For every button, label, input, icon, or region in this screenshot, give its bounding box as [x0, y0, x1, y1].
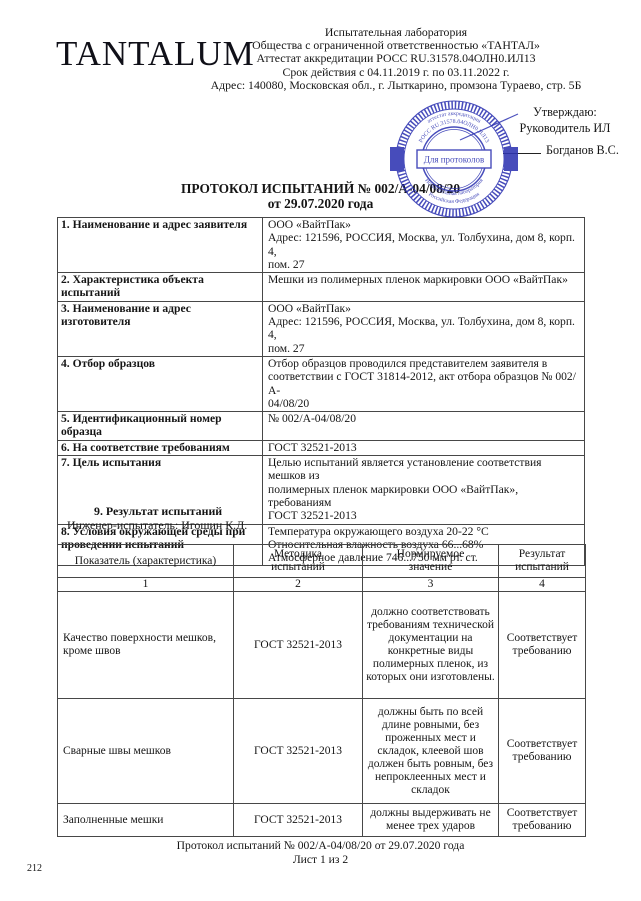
stamp-left-block	[390, 147, 404, 171]
result-norm-2: должны быть по всей длине ровными, без п…	[363, 699, 499, 804]
signature-row: Богданов В.С.	[503, 143, 619, 158]
footer-sheet-line: Лист 1 из 2	[0, 853, 641, 867]
results-col-number-3: 3	[363, 578, 499, 592]
stamp-center-text: Для протоколов	[424, 155, 485, 165]
protocol-document-page: TANTALUM Испытательная лаборатория Общес…	[0, 0, 641, 901]
info-row-1: 1. Наименование и адрес заявителя ООО «В…	[58, 218, 585, 273]
result-indicator-1: Качество поверхности мешков, кроме швов	[58, 592, 234, 699]
results-row-2: Сварные швы мешков ГОСТ 32521-2013 должн…	[58, 699, 586, 804]
stamp-inner-circle-2	[425, 130, 484, 189]
info-row-2: 2. Характеристика объекта испытаний Мешк…	[58, 273, 585, 302]
info-row-4: 4. Отбор образцов Отбор образцов проводи…	[58, 356, 585, 411]
results-table: Показатель (характеристика) Методика исп…	[57, 544, 586, 837]
info-row-6: 6. На соответствие требованиям ГОСТ 3252…	[58, 440, 585, 455]
result-method-2: ГОСТ 32521-2013	[234, 699, 363, 804]
svg-text:аттестат аккредитации: аттестат аккредитации	[426, 111, 481, 125]
approver-name: Богданов В.С.	[546, 143, 619, 157]
info-label-6: 6. На соответствие требованиям	[58, 440, 263, 455]
signature-line	[503, 153, 541, 154]
info-value-1: ООО «ВайтПак» Адрес: 121596, РОССИЯ, Мос…	[263, 218, 585, 273]
info-value-5: № 002/А-04/08/20	[263, 412, 585, 441]
approver-role: Руководитель ИЛ	[509, 120, 621, 136]
info-row-5: 5. Идентификационный номер образца № 002…	[58, 412, 585, 441]
lab-info-line-3: Аттестат аккредитации РОСС RU.31578.04ОЛ…	[204, 52, 588, 65]
info-row-3: 3. Наименование и адрес изготовителя ООО…	[58, 301, 585, 356]
result-value-1: Соответствует требованию	[499, 592, 586, 699]
results-col-header-3: Нормируемое значение	[363, 545, 499, 578]
result-norm-3: должны выдерживать не менее трех ударов	[363, 804, 499, 837]
footer-protocol-line: Протокол испытаний № 002/А-04/08/20 от 2…	[0, 839, 641, 853]
lab-info-line-4: Срок действия с 04.11.2019 г. по 03.11.2…	[204, 66, 588, 79]
results-col-header-2: Методика испытаний	[234, 545, 363, 578]
protocol-title-line-2: от 29.07.2020 года	[0, 196, 641, 211]
results-engineer-line: Инженер-испытатель: Игошин К.Д.	[67, 518, 247, 533]
results-heading: 9. Результат испытаний	[94, 504, 222, 519]
result-indicator-2: Сварные швы мешков	[58, 699, 234, 804]
info-label-2: 2. Характеристика объекта испытаний	[58, 273, 263, 302]
result-method-3: ГОСТ 32521-2013	[234, 804, 363, 837]
info-value-7: Целью испытаний является установление со…	[263, 456, 585, 524]
info-label-5: 5. Идентификационный номер образца	[58, 412, 263, 441]
result-norm-1: должно соответствовать требованиям техни…	[363, 592, 499, 699]
results-row-3: Заполненные мешки ГОСТ 32521-2013 должны…	[58, 804, 586, 837]
lab-info-block: Испытательная лаборатория Общества с огр…	[204, 26, 588, 92]
results-col-number-1: 1	[58, 578, 234, 592]
info-label-4: 4. Отбор образцов	[58, 356, 263, 411]
approve-label: Утверждаю:	[509, 104, 621, 120]
result-value-3: Соответствует требованию	[499, 804, 586, 837]
result-method-1: ГОСТ 32521-2013	[234, 592, 363, 699]
stamp-arc-top-outer-text: аттестат аккредитации	[426, 111, 481, 125]
results-col-header-1: Показатель (характеристика)	[58, 545, 234, 578]
info-value-2: Мешки из полимерных пленок маркировки ОО…	[263, 273, 585, 302]
page-number: 212	[27, 863, 42, 874]
page-footer: Протокол испытаний № 002/А-04/08/20 от 2…	[0, 839, 641, 866]
lab-info-line-5: Адрес: 140080, Московская обл., г. Лытка…	[204, 79, 588, 92]
results-col-number-2: 2	[234, 578, 363, 592]
protocol-title: ПРОТОКОЛ ИСПЫТАНИЙ № 002/А-04/08/20 от 2…	[0, 181, 641, 211]
results-col-header-4: Результат испытаний	[499, 545, 586, 578]
results-header-row: Показатель (характеристика) Методика исп…	[58, 545, 586, 578]
approval-block: Утверждаю: Руководитель ИЛ	[509, 104, 621, 136]
results-row-1: Качество поверхности мешков, кроме швов …	[58, 592, 586, 699]
info-value-4: Отбор образцов проводился представителем…	[263, 356, 585, 411]
info-value-3: ООО «ВайтПак» Адрес: 121596, РОССИЯ, Мос…	[263, 301, 585, 356]
protocol-title-line-1: ПРОТОКОЛ ИСПЫТАНИЙ № 002/А-04/08/20	[0, 181, 641, 196]
info-label-1: 1. Наименование и адрес заявителя	[58, 218, 263, 273]
results-col-number-4: 4	[499, 578, 586, 592]
svg-text:РОСС RU.31578.04ОЛН0.ИЛ13: РОСС RU.31578.04ОЛН0.ИЛ13	[418, 119, 490, 144]
stamp-arc-top-inner-text: РОСС RU.31578.04ОЛН0.ИЛ13	[418, 119, 490, 144]
stamp-center-box	[417, 150, 491, 168]
result-value-2: Соответствует требованию	[499, 699, 586, 804]
results-number-row: 1 2 3 4	[58, 578, 586, 592]
info-value-6: ГОСТ 32521-2013	[263, 440, 585, 455]
info-label-3: 3. Наименование и адрес изготовителя	[58, 301, 263, 356]
result-indicator-3: Заполненные мешки	[58, 804, 234, 837]
